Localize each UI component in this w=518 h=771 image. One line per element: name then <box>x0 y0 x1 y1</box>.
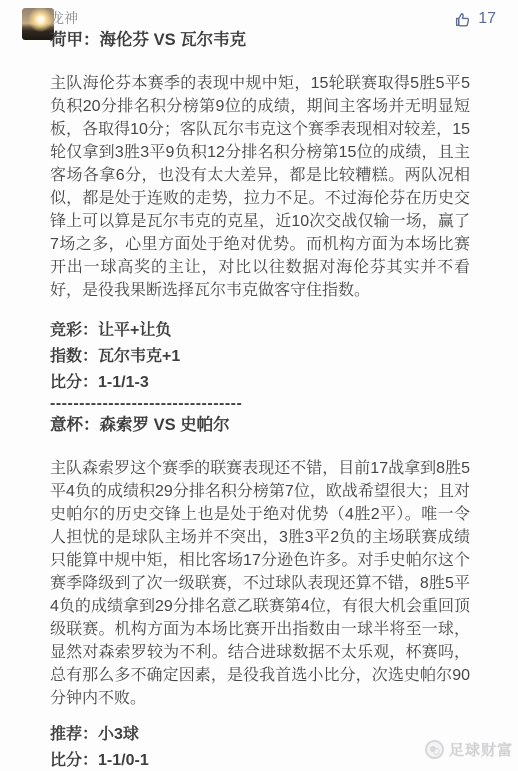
post-page: { "header": { "username": "龙神", "like_co… <box>0 0 518 771</box>
analysis-paragraph-2: 主队森索罗这个赛季的联赛表现还不错，目前17战拿到8胜5平4负的成绩积29分排名… <box>50 457 470 710</box>
like-count: 17 <box>478 9 496 29</box>
author-username[interactable]: 龙神 <box>50 8 470 28</box>
picks-section-2: 推荐：小3球 比分：1-1/0-1 <box>50 722 470 771</box>
pick-jingcai-value: 让平+让负 <box>98 322 171 339</box>
pick-score-1-label: 比分： <box>50 374 98 391</box>
pick-score-2-label: 比分： <box>50 752 98 769</box>
pick-jingcai-label: 竞彩： <box>50 322 98 339</box>
pick-score-1-value: 1-1/1-3 <box>98 374 149 391</box>
watermark: 足球财富 <box>425 739 513 760</box>
pick-index: 指数：瓦尔韦克+1 <box>50 344 470 370</box>
pick-index-value: 瓦尔韦克+1 <box>98 348 180 365</box>
dashed-divider: --------------------------------- <box>50 396 470 412</box>
pick-recommend-value: 小3球 <box>98 726 139 743</box>
post-content: 龙神 荷甲：海伦芬 VS 瓦尔韦克 主队海伦芬本赛季的表现中规中矩，15轮联赛取… <box>50 8 470 771</box>
analysis-paragraph-1: 主队海伦芬本赛季的表现中规中矩，15轮联赛取得5胜5平5负积20分排名积分榜第9… <box>50 72 470 302</box>
football-wealth-logo-icon <box>425 740 444 759</box>
pick-score-2-value: 1-1/0-1 <box>98 752 149 769</box>
pick-recommend: 推荐：小3球 <box>50 722 470 748</box>
picks-section-1: 竞彩：让平+让负 指数：瓦尔韦克+1 比分：1-1/1-3 <box>50 318 470 396</box>
pick-score-2: 比分：1-1/0-1 <box>50 748 470 771</box>
watermark-text: 足球财富 <box>449 739 513 760</box>
pick-recommend-label: 推荐： <box>50 726 98 743</box>
match-title-1: 荷甲：海伦芬 VS 瓦尔韦克 <box>50 29 470 52</box>
pick-jingcai: 竞彩：让平+让负 <box>50 318 470 344</box>
pick-index-label: 指数： <box>50 348 98 365</box>
match-title-2: 意杯：森索罗 VS 史帕尔 <box>50 414 470 437</box>
pick-score-1: 比分：1-1/1-3 <box>50 370 470 396</box>
